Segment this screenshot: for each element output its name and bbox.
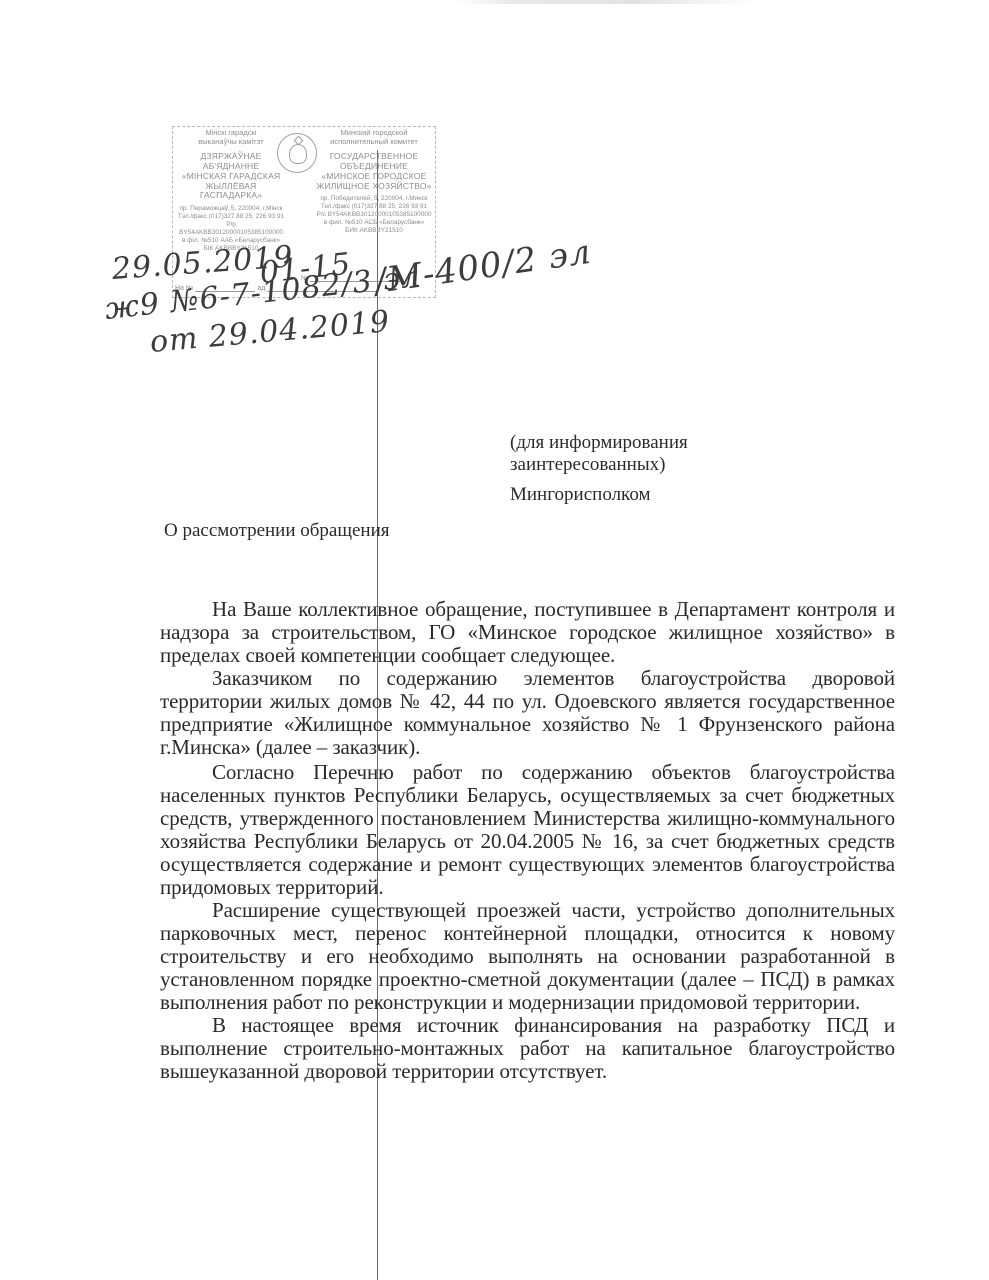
stamp-bank: в фил. №510 АСБ «Беларусбанк» — [313, 219, 435, 227]
stamp-text: выканаўчы камітэт — [175, 138, 287, 147]
stamp-address: пр. Пераможцаў, 5, 220004, г.Мінск — [175, 205, 287, 213]
stamp-phone: Тел./факс (017)327 88 25, 226 93 91 — [313, 203, 435, 211]
letter-body: На Ваше коллективное обращение, поступив… — [160, 590, 895, 1083]
addressee-block: (для информирования заинтересованных) Ми… — [510, 432, 688, 506]
stamp-text: ЖЫЛЛЁВАЯ ГАСПАДАРКА» — [175, 182, 287, 202]
paragraph: В настоящее время источник финансировани… — [160, 1014, 895, 1083]
stamp-text: исполнительный комитет — [313, 138, 435, 147]
paragraph: Согласно Перечню работ по содержанию объ… — [160, 761, 895, 899]
stamp-text: ЖИЛИЩНОЕ ХОЗЯЙСТВО» — [313, 182, 435, 192]
state-emblem-icon — [277, 133, 317, 173]
stamp-belarusian: Мінскі гарадскі выканаўчы камітэт ДЗЯРЖА… — [175, 129, 287, 253]
addressee-note-line2: заинтересованных) — [510, 454, 665, 475]
scan-artifact — [455, 0, 755, 4]
stamp-address: пр. Победителей, 5, 220004, г.Минск — [313, 195, 435, 203]
paragraph: На Ваше коллективное обращение, поступив… — [160, 598, 895, 667]
stamp-bic: БИК AKBBBY21510 — [313, 227, 435, 235]
stamp-phone: Тэл./факс (017)327 88 25, 226 93 91 — [175, 213, 287, 221]
addressee-organization: Мингорисполком — [510, 484, 688, 506]
stamp-account: Р/р BY54AKBB30120000105385100000 — [175, 221, 287, 237]
letter-subject: О рассмотрении обращения — [164, 520, 390, 542]
addressee-note-line1: (для информирования — [510, 432, 688, 453]
stamp-russian: Минский городской исполнительный комитет… — [313, 129, 435, 235]
paragraph: Заказчиком по содержанию элементов благо… — [160, 667, 895, 759]
paragraph: Расширение существующей проезжей части, … — [160, 899, 895, 1014]
